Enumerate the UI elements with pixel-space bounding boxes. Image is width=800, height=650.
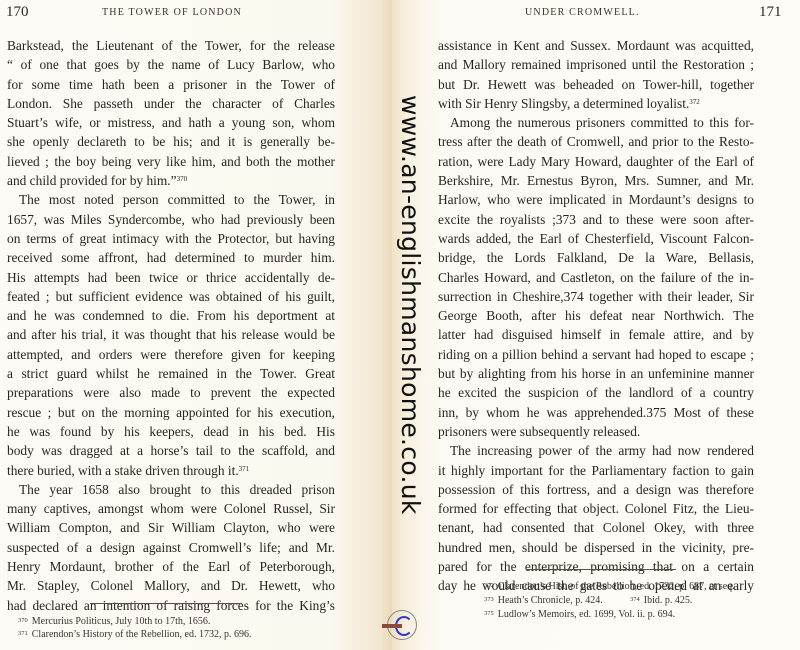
text-line: London. She passeth under the character … [7, 94, 335, 113]
text-line: riding on a pillion behind a servant had… [438, 345, 754, 364]
footnote-rule [526, 569, 676, 570]
body-text: Barkstead, the Lieutenant of the Tower, … [7, 36, 335, 615]
text-line: “ of one that goes by the name of Lucy B… [7, 55, 335, 74]
page-number: 170 [6, 4, 29, 21]
text-line: tress after the death of Cromwell, and p… [438, 132, 754, 151]
text-line: Mr. Stapley, Colonel Mallory, and Dr. He… [7, 576, 335, 595]
text-line: but Dr. Hewett was beheaded on Tower-hil… [438, 75, 754, 94]
watermark-url[interactable]: www.an-englishmanshome.co.uk [396, 95, 425, 515]
text-line: body was dragged at a horse’s tail to th… [7, 441, 335, 460]
text-line: possession of this fortress, and a desig… [438, 480, 754, 499]
text-line: Among the numerous prisoners committed t… [438, 113, 754, 132]
text-line: tenant, had consented that Colonel Okey,… [438, 518, 754, 537]
text-line: and he was condemned to die. From his de… [7, 306, 335, 325]
text-line: there buried, with a stake driven throug… [7, 461, 335, 480]
text-line: received some affront, had determined to… [7, 248, 335, 267]
text-line: Charles Howard, and Castleton, on the fa… [438, 268, 754, 287]
footnote-rule [90, 603, 242, 604]
text-line: for some time hath been a prisoner in th… [7, 75, 335, 94]
text-line: surrection in Cheshire,374 together with… [438, 287, 754, 306]
text-line: pared for the enterprize, promising that… [438, 557, 754, 576]
text-line: and child provided for by him.”370 [7, 171, 335, 190]
footnote-374: 374Ibid. p. 425. [630, 594, 692, 607]
site-logo-icon[interactable] [387, 610, 417, 640]
text-line: Henry Mordaunt, brother of the Earl of P… [7, 557, 335, 576]
text-line: The increasing power of the army had now… [438, 441, 754, 460]
text-line: His attempts had been twice or thrice ac… [7, 268, 335, 287]
text-line: and after his trial, it was thought that… [7, 325, 335, 344]
text-line: a strict guard whilst he remained in the… [7, 364, 335, 383]
text-line: William Compton, and Sir William Clayton… [7, 518, 335, 537]
right-page: UNDER CROMWELL. 171 assistance in Kent a… [392, 0, 800, 650]
footnote-ref: 371 [239, 465, 250, 473]
text-line: had declared an intention of raising for… [7, 596, 335, 615]
text-line: she openly declareth to be his; and it i… [7, 132, 335, 151]
text-line: 1657, was Miles Syndercombe, who had pre… [7, 210, 335, 229]
footnote-372: 372Clarendon’s Hist. of the Rebellion, e… [484, 580, 735, 593]
text-line: many captives, amongst whom were Colonel… [7, 499, 335, 518]
text-line: attempted, and orders were therefore giv… [7, 345, 335, 364]
text-line: prisoners were subsequently released. [438, 422, 754, 441]
text-line: but by alighting from his horse in an un… [438, 364, 754, 383]
footnote-370: 370Mercurius Politicus, July 10th to 17t… [18, 615, 210, 628]
text-line: on terms of great intimacy with the Prot… [7, 229, 335, 248]
footnote-ref: 370 [177, 175, 188, 183]
text-line: excite the royalists ;373 and to these w… [438, 210, 754, 229]
text-line: wards added, the Earl of Chesterfield, V… [438, 229, 754, 248]
body-text: assistance in Kent and Sussex. Mordaunt … [438, 36, 754, 596]
text-line: Harlow, who were implicated in Mordaunt’… [438, 190, 754, 209]
text-line: he excited the suspicion of the landlord… [438, 383, 754, 402]
text-line: assistance in Kent and Sussex. Mordaunt … [438, 36, 754, 55]
text-line: latter had disguised himself in female a… [438, 325, 754, 344]
text-line: lieved ; the boy being very like him, an… [7, 152, 335, 171]
text-line: ration, were Lady Mary Howard, daughter … [438, 152, 754, 171]
text-line: he was found by his keepers, dead in his… [7, 422, 335, 441]
footnote-375: 375Ludlow’s Memoirs, ed. 1699, Vol. ii. … [484, 608, 675, 621]
text-line: Barkstead, the Lieutenant of the Tower, … [7, 36, 335, 55]
text-line: hundred men, should be dispersed in the … [438, 538, 754, 557]
text-line: with Sir Henry Slingsby, a determined lo… [438, 94, 754, 113]
text-line: bridge, the Lords Falkland, De la Ware, … [438, 248, 754, 267]
text-line: and Mallory remained imprisoned until th… [438, 55, 754, 74]
text-line: rescue ; but on the morning appointed fo… [7, 403, 335, 422]
text-line: preparations were also made to prevent t… [7, 383, 335, 402]
footnote-ref: 372 [689, 98, 700, 106]
text-line: formed for effecting that object. Colone… [438, 499, 754, 518]
text-line: it highly important for the Parliamentar… [438, 461, 754, 480]
text-line: The year 1658 also brought to this dread… [7, 480, 335, 499]
running-head: THE TOWER OF LONDON [102, 7, 242, 18]
text-line: Berkshire, Mr. Ernestus Byron, Mrs. Sumn… [438, 171, 754, 190]
text-line: George Booth, after his defeat near Nort… [438, 306, 754, 325]
text-line: feated ; but sufficient evidence was obt… [7, 287, 335, 306]
text-line: The most noted person committed to the T… [7, 190, 335, 209]
footnote-371: 371Clarendon’s History of the Rebellion,… [18, 628, 251, 641]
text-line: inn, by whom he was apprehended.375 Most… [438, 403, 754, 422]
running-head: UNDER CROMWELL. [525, 7, 640, 18]
left-page: 170 THE TOWER OF LONDON Barkstead, the L… [0, 0, 392, 650]
text-line: Stuart’s wife, or mistress, and hath a y… [7, 113, 335, 132]
footnote-373: 373Heath’s Chronicle, p. 424. [484, 594, 603, 607]
page-number: 171 [759, 4, 782, 21]
text-line: suspected of a design against Cromwell’s… [7, 538, 335, 557]
